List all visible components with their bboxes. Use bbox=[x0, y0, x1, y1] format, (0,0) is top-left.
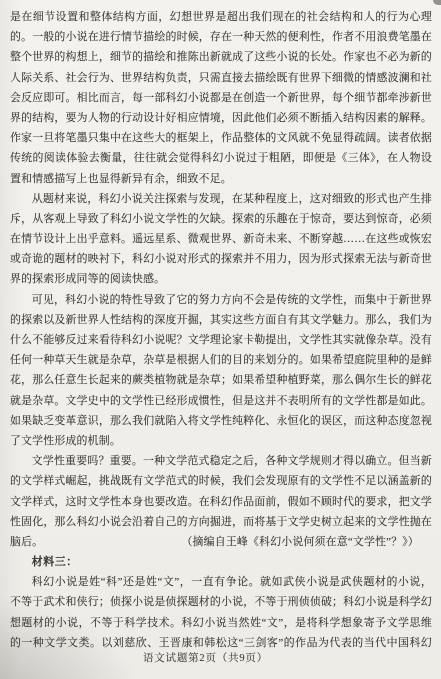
scanned-exam-page: 是在细节设置和整体结构方面，幻想世界是超出我们现在的社会结构和人的行为心理的。一… bbox=[0, 0, 441, 679]
text-line: 的探索以及新世界人性结构的深度开掘，其实这些方面自有其文学魅力。那么，我们为 bbox=[10, 310, 432, 330]
text-line: 从题材来说，科幻小说关注探索与发现，在某种程度上，这对细致的形式也产生排 bbox=[10, 189, 432, 209]
text-line: 传统的阅读体验去衡量，往往就会觉得科幻小说过于粗陋，即便是《三体》，在人物设 bbox=[10, 148, 432, 168]
text-line: 整个世界的构想上，细节的描绘和推陈出新就成了这些小说的长处。作家也不必为新的 bbox=[10, 47, 432, 67]
body-text: 是在细节设置和整体结构方面，幻想世界是超出我们现在的社会结构和人的行为心理的。一… bbox=[10, 7, 432, 653]
text-line: 作家一旦将笔墨只集中在这些大的框架上，作品整体的文风就不免显得疏阔。读者依据 bbox=[10, 128, 432, 148]
text-line: 会反应即可。相比而言，每一部科幻小说都是在创造一个新世界，每个细节都牵涉新世 bbox=[10, 88, 432, 108]
text-line: 是在细节设置和整体结构方面，幻想世界是超出我们现在的社会结构和人的行为心理 bbox=[10, 7, 432, 27]
text-line: 科幻小说是姓“科”还是姓“文”，一直有争论。就如武侠小说是武侠题材的小说， bbox=[10, 572, 432, 592]
attribution-line: 脑后。（摘编自王峰《科幻小说何须在意“文学性”？》） bbox=[10, 532, 432, 552]
text-line: 界的探索形成同等的阅读快感。 bbox=[10, 269, 432, 289]
source-attribution: （摘编自王峰《科幻小说何须在意“文学性”？》） bbox=[181, 532, 419, 552]
text-line: 花，那么任意生长起来的蕨类植物就是杂草；如果希望种植野菜，那么偶尔生长的鲜花 bbox=[10, 370, 432, 390]
text-line: 不等于武术和侠行；侦探小说是侦探题材的小说，不等于刑侦侦破；科幻小说是科学幻 bbox=[10, 592, 432, 612]
text-line: 或奇诡的题材的映衬下，科幻小说对形式的探索并不用力，因为形式探索无法与新奇世 bbox=[10, 249, 432, 269]
material-three-heading: 材料三： bbox=[10, 552, 432, 572]
page-footer: 语文试题第2页（共9页） bbox=[0, 650, 411, 665]
text-line: 任何一种草天生就是杂草，杂草是根据人们的目的来划分的。如果希望庭院里种的是鲜 bbox=[10, 350, 432, 370]
text-line: 置和情感描写上也显得新异有余，细致不足。 bbox=[10, 169, 432, 189]
text-line: 的文学样式崛起，挑战既有文学范式的时候，我们会发现原有的文学性不足以涵盖新的 bbox=[10, 471, 432, 491]
text-line: 斥，从客观上导致了科幻小说文学性的欠缺。探索的乐趣在于惊奇，要达到惊奇，必须 bbox=[10, 209, 432, 229]
scan-artifact-mark bbox=[433, 0, 441, 5]
text-line: 的。一般的小说在进行情节描绘的时候，存在一种天然的便利性，作者不用浪费笔墨在 bbox=[10, 27, 432, 47]
text-line: 什么不能够反过来看待科幻小说呢？文学理论家卡勒提出，文学性其实就像杂草。没有 bbox=[10, 330, 432, 350]
text-line: 性固化，那么科幻小说会沿着自己的方向掘进，而将基于文学史树立起来的文学性抛在 bbox=[10, 512, 432, 532]
text-line: 人际关系、社会行为、世界结构负责，只需直接去描绘既有世界下细微的情感波澜和社 bbox=[10, 68, 432, 88]
text-line: 在情节设计上出乎意料。遥远星系、微观世界、新奇未来、不断穿越……在这些或恢宏 bbox=[10, 229, 432, 249]
text-line: 文学样式，这时文学性本身也要改造。在科幻作品面前，假如不顾时代的要求，把文学 bbox=[10, 492, 432, 512]
paragraph-end-text: 脑后。 bbox=[10, 532, 43, 552]
text-line: 界的结构，要为人物的行动设计好相应情境，因此他们必须不断插入结构因素的解释。 bbox=[10, 108, 432, 128]
text-line: 想题材的小说，不等于科学技术。科幻小说当然姓“文”，是将科学想象寄予文学思维 bbox=[10, 613, 432, 633]
text-line: 可见，科幻小说的特性导致了它的努力方向不会是传统的文学性，而集中于新世界 bbox=[10, 290, 432, 310]
text-line: 文学性重要吗？重要。一种文学范式稳定之后，各种文学规则才得以确立。但当新 bbox=[10, 451, 432, 471]
text-line: 如果缺乏变革意识，那么我们就陷入将文学性纯粹化、永恒化的误区，而这种态度忽视 bbox=[10, 411, 432, 431]
text-line: 就是杂草。文学史中的文学性已经形成惯性，但是这并不表明所有的文学性都是如此。 bbox=[10, 391, 432, 411]
text-line: 了文学性形成的机制。 bbox=[10, 431, 432, 451]
